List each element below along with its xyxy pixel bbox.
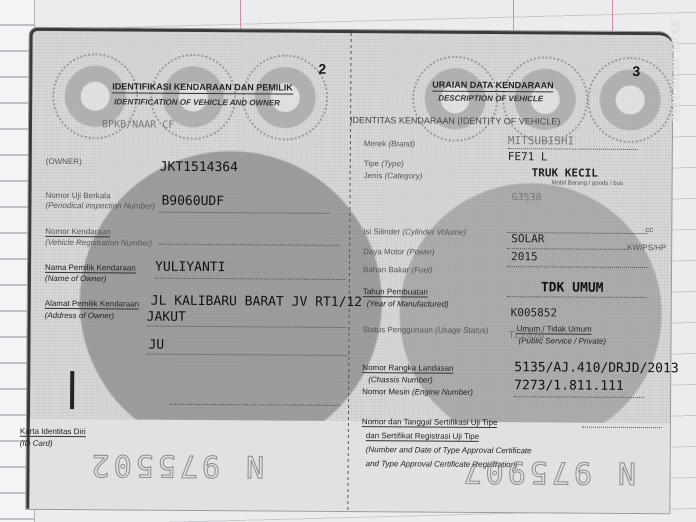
label-usage-status: Status Penggunaan	[363, 325, 433, 334]
dotted-line	[146, 354, 346, 356]
label-cylinder: Isi Silinder	[363, 227, 400, 236]
label-brand-en: (Brand)	[388, 139, 415, 148]
value-engine-number: 7273/1.811.111	[514, 378, 624, 394]
unit-power: KW/PS/HP	[627, 243, 666, 252]
left-title: IDENTIFIKASI KENDARAAN DAN PEMILIK	[112, 81, 293, 94]
value-fuel: 2015	[511, 250, 538, 263]
label-category: Jenis	[364, 171, 383, 180]
label-fuel-en: (Fuel)	[411, 265, 432, 274]
label-type-approval-2: dan Sertifikat Registrasi Uji Tipe	[366, 431, 479, 442]
label-chassis: Nomor Rangka Landasan	[362, 363, 453, 374]
label-power-en: (Power)	[407, 247, 435, 256]
dotted-line	[147, 326, 347, 328]
label-year: Tahun Pembuatan	[363, 287, 428, 297]
label-chassis-en: (Chassis Number)	[368, 375, 433, 384]
unit-cc: cc	[645, 225, 653, 234]
dotted-line	[155, 278, 345, 280]
dotted-line	[159, 212, 329, 214]
value-periodical-inspection: B9060UDF	[161, 194, 224, 209]
dotted-line	[507, 266, 647, 268]
emblem-icon	[587, 57, 674, 144]
perforated-serial-right: N 975907	[459, 454, 636, 490]
label-type: Tipe	[364, 159, 379, 168]
dotted-line	[159, 244, 339, 246]
value-chassis-number: 5135/AJ.410/DRJD/2013	[514, 360, 678, 376]
photo-timestamp: 2023.06.20 10:43	[670, 20, 682, 122]
value-type: FE71 L	[508, 150, 548, 163]
dotted-line	[170, 404, 340, 406]
faded-top-text: BPKB/NAAR CF	[102, 119, 174, 131]
label-engine: Nomor Mesin	[362, 387, 410, 396]
label-id-card-en: (ID Card)	[20, 439, 53, 448]
label-periodical-inspection-en: (Periodical inspection Number)	[45, 201, 154, 211]
value-category: TRUK KECIL	[532, 166, 598, 179]
right-title: URAIAN DATA KENDARAAN	[432, 80, 553, 93]
label-brand: Merek	[364, 139, 386, 148]
vehicle-registration-document: 2 IDENTIFIKASI KENDARAAN DAN PEMILIK IDE…	[26, 28, 672, 513]
section-identity-of-vehicle: IDENTITAS KENDARAAN (IDENTITY OF VEHICLE…	[350, 115, 560, 126]
value-owner-name: YULIYANTI	[155, 260, 226, 275]
label-id-card: Karta Identitas Diri	[20, 427, 86, 437]
value-brand: MITSUBISHI	[508, 134, 574, 147]
right-subtitle: DESCRIPTION OF VEHICLE	[438, 94, 543, 104]
label-cylinder-en: (Cylinder Volume)	[402, 227, 466, 236]
left-subtitle: IDENTIFICATION OF VEHICLE AND OWNER	[114, 97, 280, 107]
label-vehicle-number-en: (Vehicle Registration Number)	[45, 238, 152, 248]
perforated-serial-left: N 975502	[88, 447, 265, 483]
label-category-en: (Category)	[385, 171, 423, 180]
value-address-line-2: JAKUT	[147, 310, 186, 325]
page-number-left: 2	[318, 61, 326, 77]
category-suffix: Mobil Barang / goods / bus	[552, 180, 623, 186]
usage-overprint: TL2020	[509, 330, 545, 341]
label-year-en: (Year of Manufactured)	[367, 299, 449, 309]
label-fuel: Bahan Bakar	[363, 265, 409, 274]
value-power: SOLAR	[511, 232, 544, 245]
owner-label: (OWNER)	[46, 157, 82, 166]
label-owner-address: Alamat Pemilik Kendaraan	[45, 299, 139, 310]
label-periodical-inspection: Nomor Uji Berkala	[45, 191, 110, 200]
label-owner-name: Nama Pemilik Kendaraan	[45, 263, 136, 274]
value-registration-code: JKT1514364	[160, 160, 238, 176]
value-year: TDK UMUM	[541, 280, 604, 295]
label-type-en: (Type)	[381, 159, 404, 168]
dotted-line	[514, 396, 644, 398]
page-number-right: 3	[632, 63, 640, 79]
value-usage-status: K005852	[511, 306, 557, 319]
ink-mark	[70, 371, 74, 409]
value-code: G3538	[511, 192, 541, 203]
label-power: Daya Motor	[363, 247, 404, 256]
label-owner-address-en: (Address of Owner)	[45, 311, 114, 320]
label-type-approval: Nomor dan Tanggal Sertifikasi Uji Tipe	[362, 417, 498, 428]
label-vehicle-number: Nomor Kendaraan	[45, 227, 110, 237]
value-address-line-3: JU	[148, 338, 164, 353]
dotted-line	[507, 296, 647, 298]
label-engine-en: (Engine Number)	[412, 387, 473, 396]
value-address-line-1: JL KALIBARU BARAT JV RT1/12	[151, 294, 362, 310]
label-owner-name-en: (Name of Owner)	[45, 274, 106, 283]
label-usage-status-en: (Usage Status)	[435, 326, 488, 335]
